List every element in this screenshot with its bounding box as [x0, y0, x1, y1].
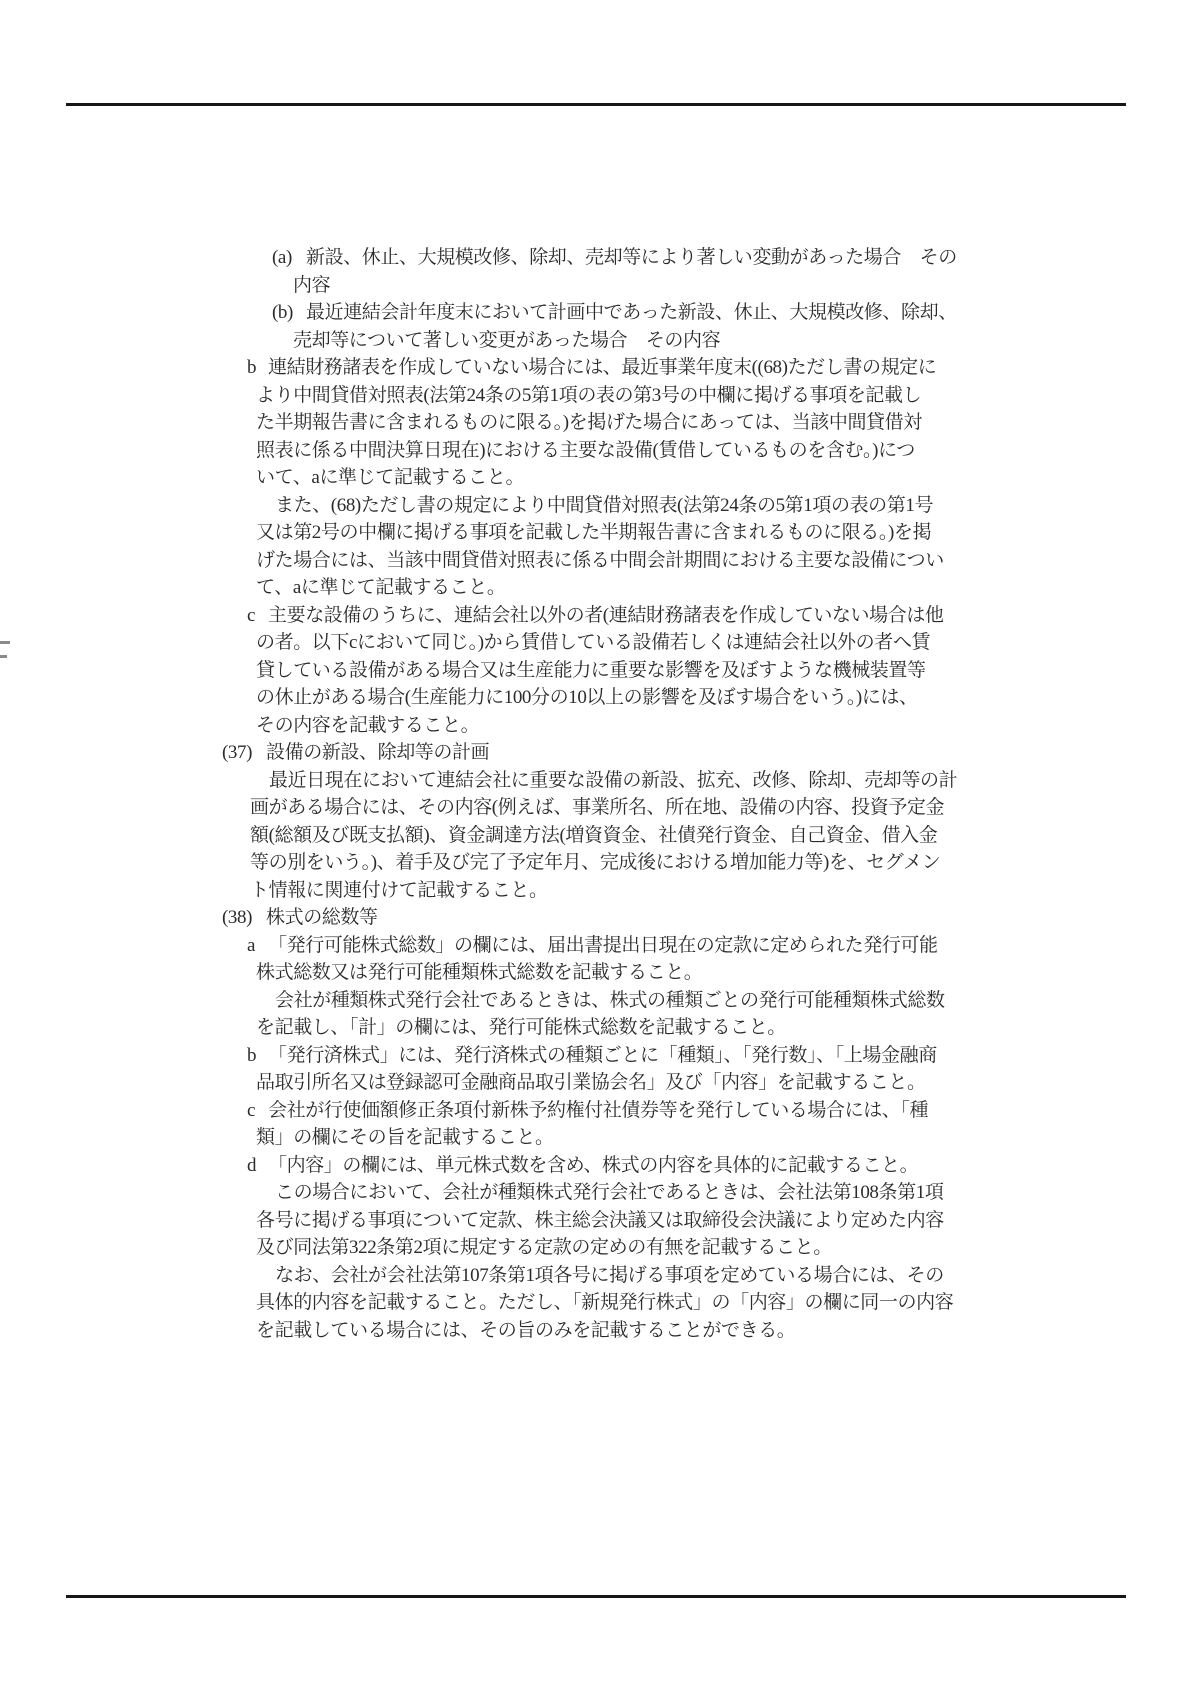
line-text: 内容: [293, 272, 330, 300]
item-marker: (a): [272, 244, 292, 272]
line-text: 会社が行使価額修正条項付新株予約権付社債券等を発行している場合には、「種: [268, 1097, 928, 1125]
line-text: 画がある場合には、その内容(例えば、事業所名、所在地、設備の内容、投資予定金: [250, 794, 944, 822]
line-text: 株式の総数等: [266, 904, 378, 932]
text-line: b「発行済株式」には、発行済株式の種類ごとに「種類」、「発行数」、「上場金融商: [0, 1042, 1192, 1070]
line-text: 照表に係る中間決算日現在)における主要な設備(賃借しているものを含む。)につ: [256, 437, 915, 465]
text-line: c主要な設備のうちに、連結会社以外の者(連結財務諸表を作成していない場合は他: [0, 602, 1192, 630]
line-text: を記載している場合には、その旨のみを記載することができる。: [256, 1317, 795, 1345]
text-layer: (a)新設、休止、大規模改修、除却、売却等により著しい変動があった場合 その内容…: [0, 0, 1192, 1685]
item-marker: (38): [222, 904, 252, 932]
text-line: を記載している場合には、その旨のみを記載することができる。: [0, 1317, 1192, 1345]
item-marker: a: [247, 932, 255, 960]
line-text: を記載し、「計」の欄には、発行可能株式総数を記載すること。: [256, 1014, 786, 1042]
text-line: なお、会社が会社法第107条第1項各号に掲げる事項を定めている場合には、その: [0, 1262, 1192, 1290]
item-marker: c: [247, 602, 255, 630]
line-text: 貸している設備がある場合又は生産能力に重要な影響を及ぼすような機械装置等: [256, 657, 926, 685]
text-line: a「発行可能株式総数」の欄には、届出書提出日現在の定款に定められた発行可能: [0, 932, 1192, 960]
item-marker: (37): [222, 739, 252, 767]
line-text: 売却等について著しい変更があった場合 その内容: [293, 327, 720, 355]
line-text: 品取引所名又は登録認可金融商品取引業協会名」及び「内容」を記載すること。: [256, 1069, 926, 1097]
line-text: 連結財務諸表を作成していない場合には、最近事業年度末((68)ただし書の規定に: [268, 354, 936, 382]
line-text: いて、aに準じて記載すること。: [256, 464, 524, 492]
line-text: より中間貸借対照表(法第24条の5第1項の表の第3号の中欄に掲げる事項を記載し: [256, 382, 921, 410]
text-line: て、aに準じて記載すること。: [0, 574, 1192, 602]
line-text: た半期報告書に含まれるものに限る。)を掲げた場合にあっては、当該中間貸借対: [256, 409, 922, 437]
line-text: げた場合には、当該中間貸借対照表に係る中間会計期間における主要な設備につい: [256, 547, 944, 575]
line-text: 会社が種類株式発行会社であるときは、株式の種類ごとの発行可能種類株式総数: [275, 987, 945, 1015]
text-line: 類」の欄にその旨を記載すること。: [0, 1124, 1192, 1152]
item-marker: b: [247, 354, 256, 382]
text-line: より中間貸借対照表(法第24条の5第1項の表の第3号の中欄に掲げる事項を記載し: [0, 382, 1192, 410]
line-text: 株式総数又は発行可能種類株式総数を記載すること。: [256, 959, 702, 987]
text-line: の休止がある場合(生産能力に100分の10以上の影響を及ぼす場合をいう。)には、: [0, 684, 1192, 712]
text-line: ト情報に関連付けて記載すること。: [0, 877, 1192, 905]
text-line: (37)設備の新設、除却等の計画: [0, 739, 1192, 767]
line-text: 類」の欄にその旨を記載すること。: [256, 1124, 554, 1152]
line-text: 最近日現在において連結会社に重要な設備の新設、拡充、改修、除却、売却等の計: [269, 767, 957, 795]
text-line: 具体的内容を記載すること。ただし、「新規発行株式」の「内容」の欄に同一の内容: [0, 1289, 1192, 1317]
text-line: 会社が種類株式発行会社であるときは、株式の種類ごとの発行可能種類株式総数: [0, 987, 1192, 1015]
text-line: いて、aに準じて記載すること。: [0, 464, 1192, 492]
line-text: 各号に掲げる事項について定款、株主総会決議又は取締役会決議により定めた内容: [256, 1207, 944, 1235]
text-line: 株式総数又は発行可能種類株式総数を記載すること。: [0, 959, 1192, 987]
line-text: 又は第2号の中欄に掲げる事項を記載した半期報告書に含まれるものに限る。)を掲: [256, 519, 931, 547]
line-text: 新設、休止、大規模改修、除却、売却等により著しい変動があった場合 その: [306, 244, 957, 272]
item-marker: c: [247, 1097, 255, 1125]
text-line: た半期報告書に含まれるものに限る。)を掲げた場合にあっては、当該中間貸借対: [0, 409, 1192, 437]
line-text: の休止がある場合(生産能力に100分の10以上の影響を及ぼす場合をいう。)には、: [256, 684, 918, 712]
line-text: 等の別をいう。)、着手及び完了予定年月、完成後における増加能力等)を、セグメン: [250, 849, 940, 877]
line-text: なお、会社が会社法第107条第1項各号に掲げる事項を定めている場合には、その: [275, 1262, 944, 1290]
item-marker: (b): [272, 299, 293, 327]
line-text: また、(68)ただし書の規定により中間貸借対照表(法第24条の5第1項の表の第1…: [275, 492, 933, 520]
line-text: その内容を記載すること。: [256, 712, 479, 740]
text-line: 貸している設備がある場合又は生産能力に重要な影響を及ぼすような機械装置等: [0, 657, 1192, 685]
line-text: 額(総額及び既支払額)、資金調達方法(増資資金、社債発行資金、自己資金、借入金: [250, 822, 937, 850]
text-line: 等の別をいう。)、着手及び完了予定年月、完成後における増加能力等)を、セグメン: [0, 849, 1192, 877]
line-text: 及び同法第322条第2項に規定する定款の定めの有無を記載すること。: [256, 1234, 832, 1262]
text-line: b連結財務諸表を作成していない場合には、最近事業年度末((68)ただし書の規定に: [0, 354, 1192, 382]
line-text: 最近連結会計年度末において計画中であった新設、休止、大規模改修、除却、: [306, 299, 957, 327]
text-line: (b)最近連結会計年度末において計画中であった新設、休止、大規模改修、除却、: [0, 299, 1192, 327]
text-line: の者。以下cにおいて同じ。)から賃借している設備若しくは連結会社以外の者へ賃: [0, 629, 1192, 657]
text-line: 画がある場合には、その内容(例えば、事業所名、所在地、設備の内容、投資予定金: [0, 794, 1192, 822]
text-line: 内容: [0, 272, 1192, 300]
text-line: 及び同法第322条第2項に規定する定款の定めの有無を記載すること。: [0, 1234, 1192, 1262]
text-line: 最近日現在において連結会社に重要な設備の新設、拡充、改修、除却、売却等の計: [0, 767, 1192, 795]
line-text: の者。以下cにおいて同じ。)から賃借している設備若しくは連結会社以外の者へ賃: [256, 629, 930, 657]
text-line: 売却等について著しい変更があった場合 その内容: [0, 327, 1192, 355]
text-line: を記載し、「計」の欄には、発行可能株式総数を記載すること。: [0, 1014, 1192, 1042]
line-text: 「発行可能株式総数」の欄には、届出書提出日現在の定款に定められた発行可能: [268, 932, 938, 960]
line-text: て、aに準じて記載すること。: [256, 574, 505, 602]
text-line: 各号に掲げる事項について定款、株主総会決議又は取締役会決議により定めた内容: [0, 1207, 1192, 1235]
text-line: 照表に係る中間決算日現在)における主要な設備(賃借しているものを含む。)につ: [0, 437, 1192, 465]
line-text: 「発行済株式」には、発行済株式の種類ごとに「種類」、「発行数」、「上場金融商: [268, 1042, 937, 1070]
text-line: また、(68)ただし書の規定により中間貸借対照表(法第24条の5第1項の表の第1…: [0, 492, 1192, 520]
text-line: この場合において、会社が種類株式発行会社であるときは、会社法第108条第1項: [0, 1179, 1192, 1207]
line-text: 設備の新設、除却等の計画: [266, 739, 489, 767]
line-text: 主要な設備のうちに、連結会社以外の者(連結財務諸表を作成していない場合は他: [268, 602, 944, 630]
line-text: 「内容」の欄には、単元株式数を含め、株式の内容を具体的に記載すること。: [268, 1152, 918, 1180]
text-line: (38)株式の総数等: [0, 904, 1192, 932]
scan-artifact: [0, 641, 10, 644]
text-line: 品取引所名又は登録認可金融商品取引業協会名」及び「内容」を記載すること。: [0, 1069, 1192, 1097]
text-line: その内容を記載すること。: [0, 712, 1192, 740]
scan-artifact: [0, 655, 7, 658]
item-marker: d: [247, 1152, 256, 1180]
bottom-horizontal-rule: [66, 1595, 1126, 1598]
line-text: ト情報に関連付けて記載すること。: [250, 877, 548, 905]
line-text: 具体的内容を記載すること。ただし、「新規発行株式」の「内容」の欄に同一の内容: [256, 1289, 953, 1317]
text-line: (a)新設、休止、大規模改修、除却、売却等により著しい変動があった場合 その: [0, 244, 1192, 272]
text-line: c会社が行使価額修正条項付新株予約権付社債券等を発行している場合には、「種: [0, 1097, 1192, 1125]
item-marker: b: [247, 1042, 256, 1070]
text-line: げた場合には、当該中間貸借対照表に係る中間会計期間における主要な設備につい: [0, 547, 1192, 575]
document-page: (a)新設、休止、大規模改修、除却、売却等により著しい変動があった場合 その内容…: [0, 0, 1192, 1685]
text-line: 又は第2号の中欄に掲げる事項を記載した半期報告書に含まれるものに限る。)を掲: [0, 519, 1192, 547]
text-line: d「内容」の欄には、単元株式数を含め、株式の内容を具体的に記載すること。: [0, 1152, 1192, 1180]
line-text: この場合において、会社が種類株式発行会社であるときは、会社法第108条第1項: [275, 1179, 943, 1207]
text-line: 額(総額及び既支払額)、資金調達方法(増資資金、社債発行資金、自己資金、借入金: [0, 822, 1192, 850]
